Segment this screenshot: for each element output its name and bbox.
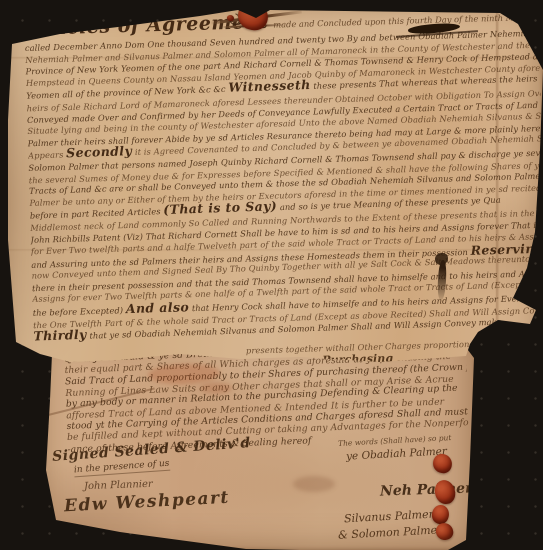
emphasized-phrase: Thirdly (33, 327, 87, 344)
paper-stain (293, 476, 335, 492)
emphasized-phrase: And also (126, 299, 190, 316)
wax-seal-icon (434, 521, 455, 542)
title-continuation: made and Concluded upon this fourth Day … (273, 12, 533, 30)
party-signature: Neh Palmer (380, 480, 473, 499)
party-signature: ye Obadiah Palmer (346, 445, 447, 462)
upper-sheet-text: Articles of Agreement made and Concluded… (24, 3, 543, 375)
document-lower-sheet: Quinby Archbald & ye sd Brothers for the… (38, 334, 476, 550)
wax-seal-speck (227, 15, 234, 21)
manuscript-body: called December Anno Dom One thousand Se… (25, 28, 543, 375)
wax-seal-icon (431, 452, 454, 475)
emphasized-phrase: (That is to Say) (163, 199, 277, 218)
party-signature: & Solomon Palmer (338, 523, 443, 541)
manuscript-photo: Quinby Archbald & ye sd Brothers for the… (0, 0, 543, 550)
manuscript-text: Appears (28, 150, 66, 161)
party-signature: Silvanus Palmer (344, 508, 434, 526)
red-stain (200, 382, 232, 394)
witness-signature: John Plannier (84, 479, 153, 492)
emphasized-phrase: Secondly (66, 143, 132, 160)
manuscript-text: the before Excepted) (33, 305, 126, 318)
emphasized-phrase: Witnesseth (228, 77, 311, 95)
